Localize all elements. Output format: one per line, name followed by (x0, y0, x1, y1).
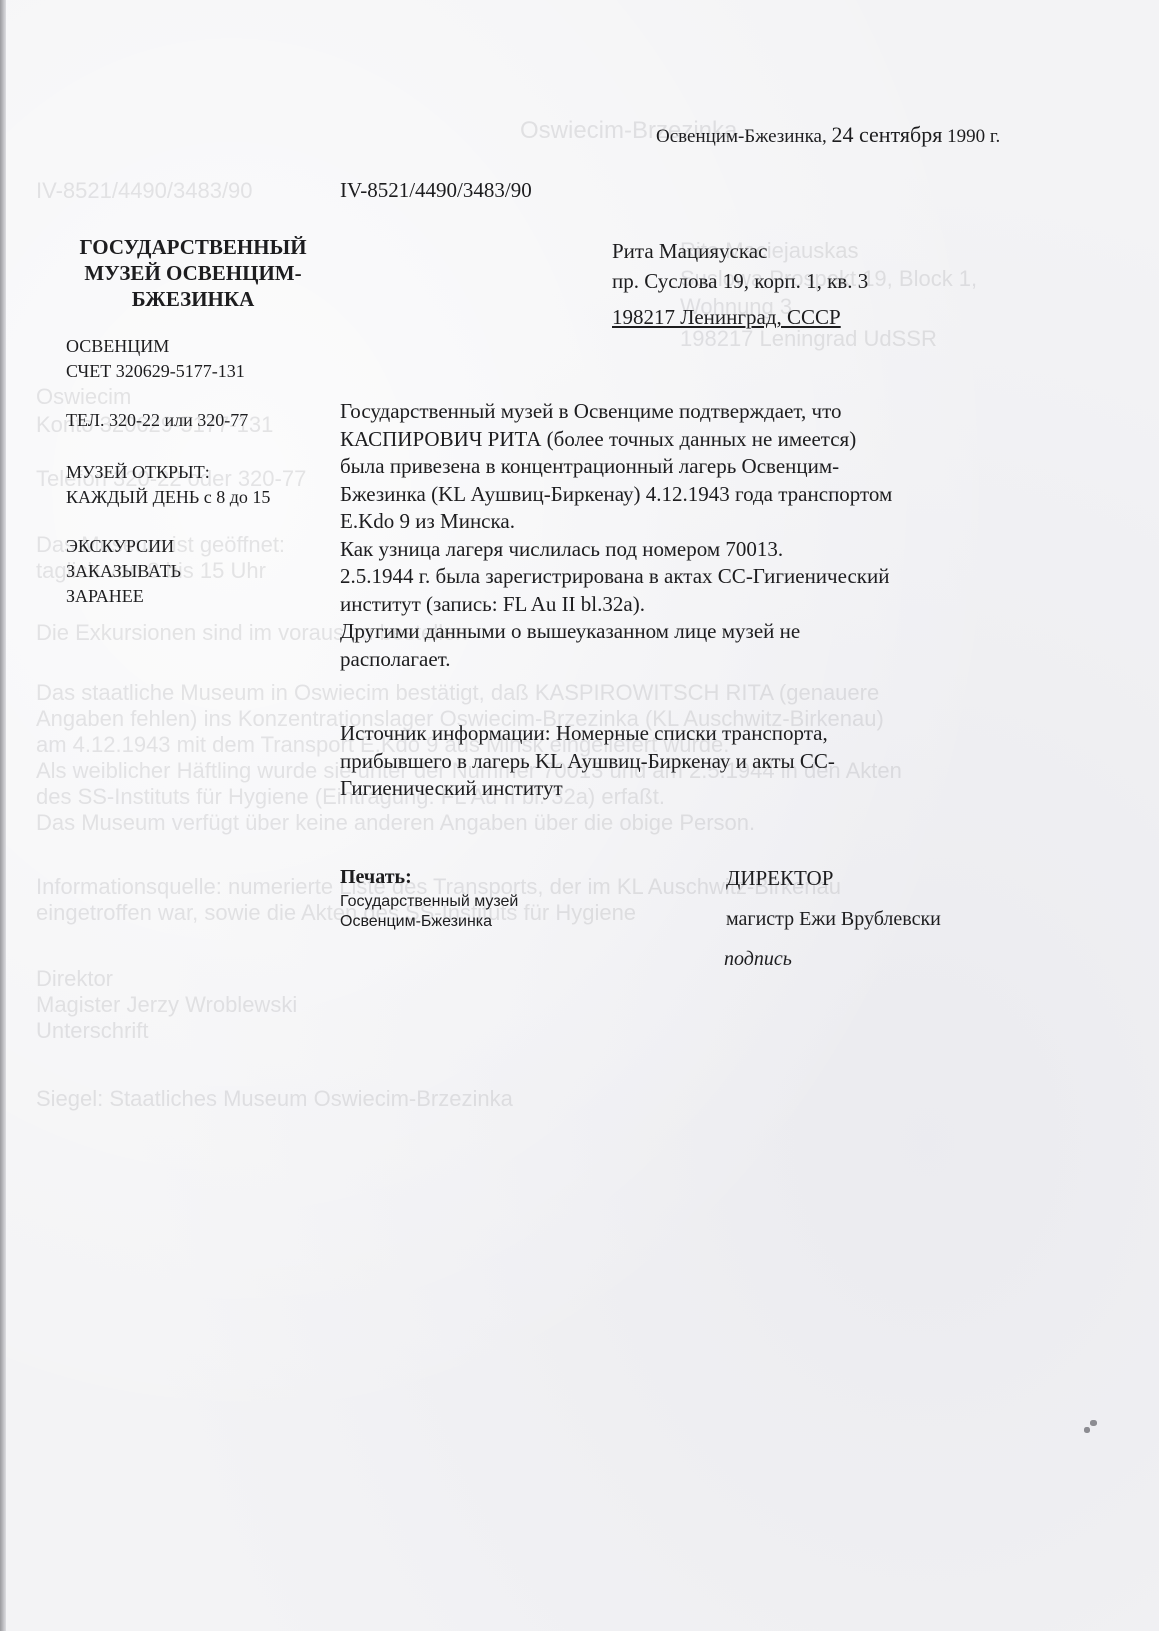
director-title: ДИРЕКТОР (726, 866, 833, 891)
body-line: КАСПИРОВИЧ РИТА (более точных данных не … (340, 426, 1020, 454)
tours-line: ЗАРАНЕЕ (66, 584, 181, 609)
museum-title: ГОСУДАРСТВЕННЫЙ МУЗЕЙ ОСВЕНЦИМ- БЖЕЗИНКА (58, 234, 328, 312)
sender-phone: ТЕЛ. 320-22 или 320-77 (66, 408, 248, 433)
body-line: 2.5.1944 г. была зарегистрирована в акта… (340, 563, 1020, 591)
place-date: Освенцим-Бжезинка, 24 сентября 1990 г. (656, 122, 1000, 148)
sender-hours: МУЗЕЙ ОТКРЫТ: КАЖДЫЙ ДЕНЬ с 8 до 15 (66, 460, 270, 510)
ghost-line: Oswiecim (36, 384, 131, 410)
tours-line: ЭКСКУРСИИ (66, 534, 181, 559)
museum-title-line: МУЗЕЙ ОСВЕНЦИМ- (58, 260, 328, 286)
source-line: Гигиенический институт (340, 775, 1020, 803)
hours-label: МУЗЕЙ ОТКРЫТ: (66, 460, 270, 485)
ghost-line: Das Museum verfügt über keine anderen An… (36, 810, 755, 836)
sender-city: ОСВЕНЦИМ (66, 334, 245, 359)
sender-address: ОСВЕНЦИМ СЧЕТ 320629-5177-131 (66, 334, 245, 384)
date-day-month: 24 сентября (831, 122, 942, 147)
reference-number: IV-8521/4490/3483/90 (340, 178, 532, 203)
hours-value: КАЖДЫЙ ДЕНЬ с 8 до 15 (66, 485, 270, 510)
seal-text: Государственный музей Освенцим-Бжезинка (340, 892, 518, 932)
director-name: магистр Ежи Врублевски (726, 908, 941, 931)
body-line: Как узница лагеря числилась под номером … (340, 536, 1020, 564)
ghost-line: IV-8521/4490/3483/90 (36, 178, 253, 204)
museum-title-line: БЖЕЗИНКА (58, 286, 328, 312)
sender-account: СЧЕТ 320629-5177-131 (66, 359, 245, 384)
body-line: Другими данными о вышеуказанном лице муз… (340, 618, 1020, 646)
ghost-line: Unterschrift (36, 1018, 148, 1044)
museum-title-line: ГОСУДАРСТВЕННЫЙ (58, 234, 328, 260)
ghost-line: eingetroffen war, sowie die Akten des SS… (36, 900, 636, 926)
ink-spot (1084, 1420, 1098, 1434)
body-line: Государственный музей в Освенциме подтве… (340, 398, 1020, 426)
ghost-line: Das staatliche Museum in Oswiecim bestät… (36, 680, 879, 706)
body-line: институт (запись: FL Au II bl.32a). (340, 591, 1020, 619)
recipient-name: Рита Мацияускас (612, 236, 868, 266)
recipient-city: 198217 Ленинград, СССР (612, 302, 868, 332)
recipient-street: пр. Суслова 19, корп. 1, кв. 3 (612, 266, 868, 296)
seal-line: Государственный музей (340, 892, 518, 912)
letter-body: Государственный музей в Освенциме подтве… (340, 398, 1020, 673)
recipient-address: Рита Мацияускас пр. Суслова 19, корп. 1,… (612, 236, 868, 332)
place: Освенцим-Бжезинка, (656, 126, 827, 147)
body-line: E.Kdo 9 из Минска. (340, 508, 1020, 536)
information-source: Источник информации: Номерные списки тра… (340, 720, 1020, 803)
source-line: прибывшего в лагерь KL Аушвиц-Биркенау и… (340, 748, 1020, 776)
page-edge (0, 0, 6, 1631)
body-line: была привезена в концентрационный лагерь… (340, 453, 1020, 481)
sender-tours: ЭКСКУРСИИ ЗАКАЗЫВАТЬ ЗАРАНЕЕ (66, 534, 181, 609)
body-line: располагает. (340, 646, 1020, 674)
ghost-line: Siegel: Staatliches Museum Oswiecim-Brze… (36, 1086, 513, 1112)
seal-line: Освенцим-Бжезинка (340, 912, 518, 932)
ghost-line: Magister Jerzy Wroblewski (36, 992, 297, 1018)
body-line: Бжезинка (KL Аушвиц-Биркенау) 4.12.1943 … (340, 481, 1020, 509)
signature-label: подпись (724, 948, 792, 971)
ghost-line: Direktor (36, 966, 113, 992)
source-line: Источник информации: Номерные списки тра… (340, 720, 1020, 748)
seal-label: Печать: (340, 866, 412, 889)
date-year: 1990 г. (947, 126, 1000, 147)
tours-line: ЗАКАЗЫВАТЬ (66, 559, 181, 584)
